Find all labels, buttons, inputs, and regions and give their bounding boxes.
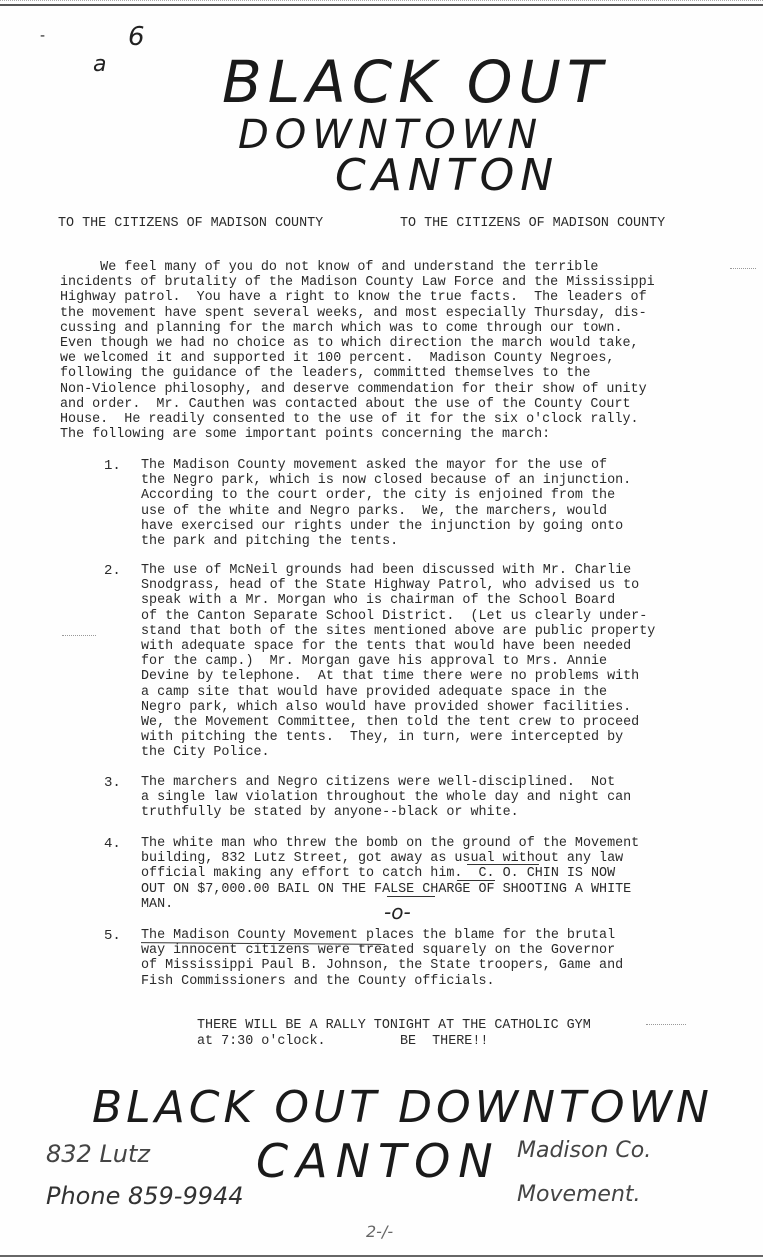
text-line: following the guidance of the leaders, c… <box>60 366 655 381</box>
point-5-text: The Madison County Movement places the b… <box>141 928 623 989</box>
margin-mark <box>62 635 96 637</box>
text-line: a single law violation throughout the wh… <box>141 790 631 805</box>
text-line: Non-Violence philosophy, and deserve com… <box>60 382 655 397</box>
text-line: Negro park, which also would have provid… <box>141 700 655 715</box>
text-line: speak with a Mr. Morgan who is chairman … <box>141 593 655 608</box>
salutation-left: TO THE CITIZENS OF MADISON COUNTY <box>58 216 323 231</box>
point-number-4: 4. <box>104 836 121 852</box>
text-line: The white man who threw the bomb on the … <box>141 836 639 851</box>
corner-mark-a: a <box>93 52 106 77</box>
rally-notice-line-1: THERE WILL BE A RALLY TONIGHT AT THE CAT… <box>197 1018 591 1033</box>
text-line: and order. Mr. Cauthen was contacted abo… <box>60 397 655 412</box>
corner-mark-six: 6 <box>128 22 145 52</box>
text-line: use of the white and Negro parks. We, th… <box>141 504 631 519</box>
footer-org-line-2: Movement. <box>517 1182 641 1207</box>
text-line: We, the Movement Committee, then told th… <box>141 715 655 730</box>
scan-edge-top <box>0 4 763 6</box>
underline-him <box>457 880 495 881</box>
text-line: official making any effort to catch him.… <box>141 866 639 881</box>
title-line-canton: CANTON <box>335 150 559 201</box>
point-number-1: 1. <box>104 458 121 474</box>
text-line: the Negro park, which is now closed beca… <box>141 473 631 488</box>
footer-headline-canton: CANTON <box>256 1134 501 1188</box>
footer-org-line-1: Madison Co. <box>517 1138 651 1163</box>
margin-mark <box>730 268 756 270</box>
text-line: of Mississippi Paul B. Johnson, the Stat… <box>141 958 623 973</box>
text-line: with pitching the tents. They, in turn, … <box>141 730 655 745</box>
intro-paragraph: We feel many of you do not know of and u… <box>60 260 655 442</box>
text-line: Even though we had no choice as to which… <box>60 336 655 351</box>
scan-edge-bottom <box>0 1255 763 1257</box>
text-line: The following are some important points … <box>60 427 655 442</box>
text-line: OUT ON $7,000.00 BAIL ON THE FALSE CHARG… <box>141 882 639 897</box>
text-line: the park and pitching the tents. <box>141 534 631 549</box>
flyer-page: - a 6 BLACK OUT DOWNTOWN CANTON TO THE C… <box>0 0 763 1260</box>
text-line: Snodgrass, head of the State Highway Pat… <box>141 578 655 593</box>
point-2-text: The use of McNeil grounds had been discu… <box>141 563 655 761</box>
text-line: House. He readily consented to the use o… <box>60 412 655 427</box>
point-1-text: The Madison County movement asked the ma… <box>141 458 631 549</box>
text-line: The marchers and Negro citizens were wel… <box>141 775 631 790</box>
text-line: of the Canton Separate School District. … <box>141 609 655 624</box>
salutation-right: TO THE CITIZENS OF MADISON COUNTY <box>400 216 665 231</box>
text-line: stand that both of the sites mentioned a… <box>141 624 655 639</box>
margin-mark <box>646 1024 686 1026</box>
corner-dash-mark: - <box>40 28 45 44</box>
text-line: way innocent citizens were treated squar… <box>141 943 623 958</box>
point-number-2: 2. <box>104 563 121 579</box>
underline-as-usual <box>467 864 539 865</box>
text-line: the City Police. <box>141 745 655 760</box>
text-line: the movement have spent several weeks, a… <box>60 306 655 321</box>
text-line: for the camp.) Mr. Morgan gave his appro… <box>141 654 655 669</box>
text-line: have exercised our rights under the inju… <box>141 519 631 534</box>
rally-notice-call: BE THERE!! <box>400 1034 488 1049</box>
text-line: cussing and planning for the march which… <box>60 321 655 336</box>
text-line: with adequate space for the tents that w… <box>141 639 655 654</box>
footer-phone: Phone 859-9944 <box>46 1182 244 1210</box>
text-line: The Madison County movement asked the ma… <box>141 458 631 473</box>
point-3-text: The marchers and Negro citizens were wel… <box>141 775 631 821</box>
title-line-black-out: BLACK OUT <box>222 48 608 116</box>
scan-edge-top-dots <box>0 0 763 2</box>
text-line: We feel many of you do not know of and u… <box>60 260 655 275</box>
handwritten-dash-mark: -o- <box>384 900 411 924</box>
text-line: incidents of brutality of the Madison Co… <box>60 275 655 290</box>
text-line: Fish Commissioners and the County offici… <box>141 974 623 989</box>
text-line: According to the court order, the city i… <box>141 488 631 503</box>
text-line: we welcomed it and supported it 100 perc… <box>60 351 655 366</box>
text-line: The use of McNeil grounds had been discu… <box>141 563 655 578</box>
text-line: a camp site that would have provided ade… <box>141 685 655 700</box>
point-number-5: 5. <box>104 928 121 944</box>
rally-notice-time: at 7:30 o'clock. <box>197 1034 326 1049</box>
footer-address: 832 Lutz <box>46 1140 150 1168</box>
text-line: building, 832 Lutz Street, got away as u… <box>141 851 639 866</box>
text-line: The Madison County Movement places the b… <box>141 928 623 943</box>
footer-headline-black-out-downtown: BLACK OUT DOWNTOWN <box>92 1082 713 1133</box>
text-line: Devine by telephone. At that time there … <box>141 669 655 684</box>
point-number-3: 3. <box>104 775 121 791</box>
text-line: Highway patrol. You have a right to know… <box>60 290 655 305</box>
underline-false <box>387 896 435 897</box>
text-line: truthfully be stated by anyone--black or… <box>141 805 631 820</box>
footer-mark: 2-/- <box>366 1222 393 1241</box>
